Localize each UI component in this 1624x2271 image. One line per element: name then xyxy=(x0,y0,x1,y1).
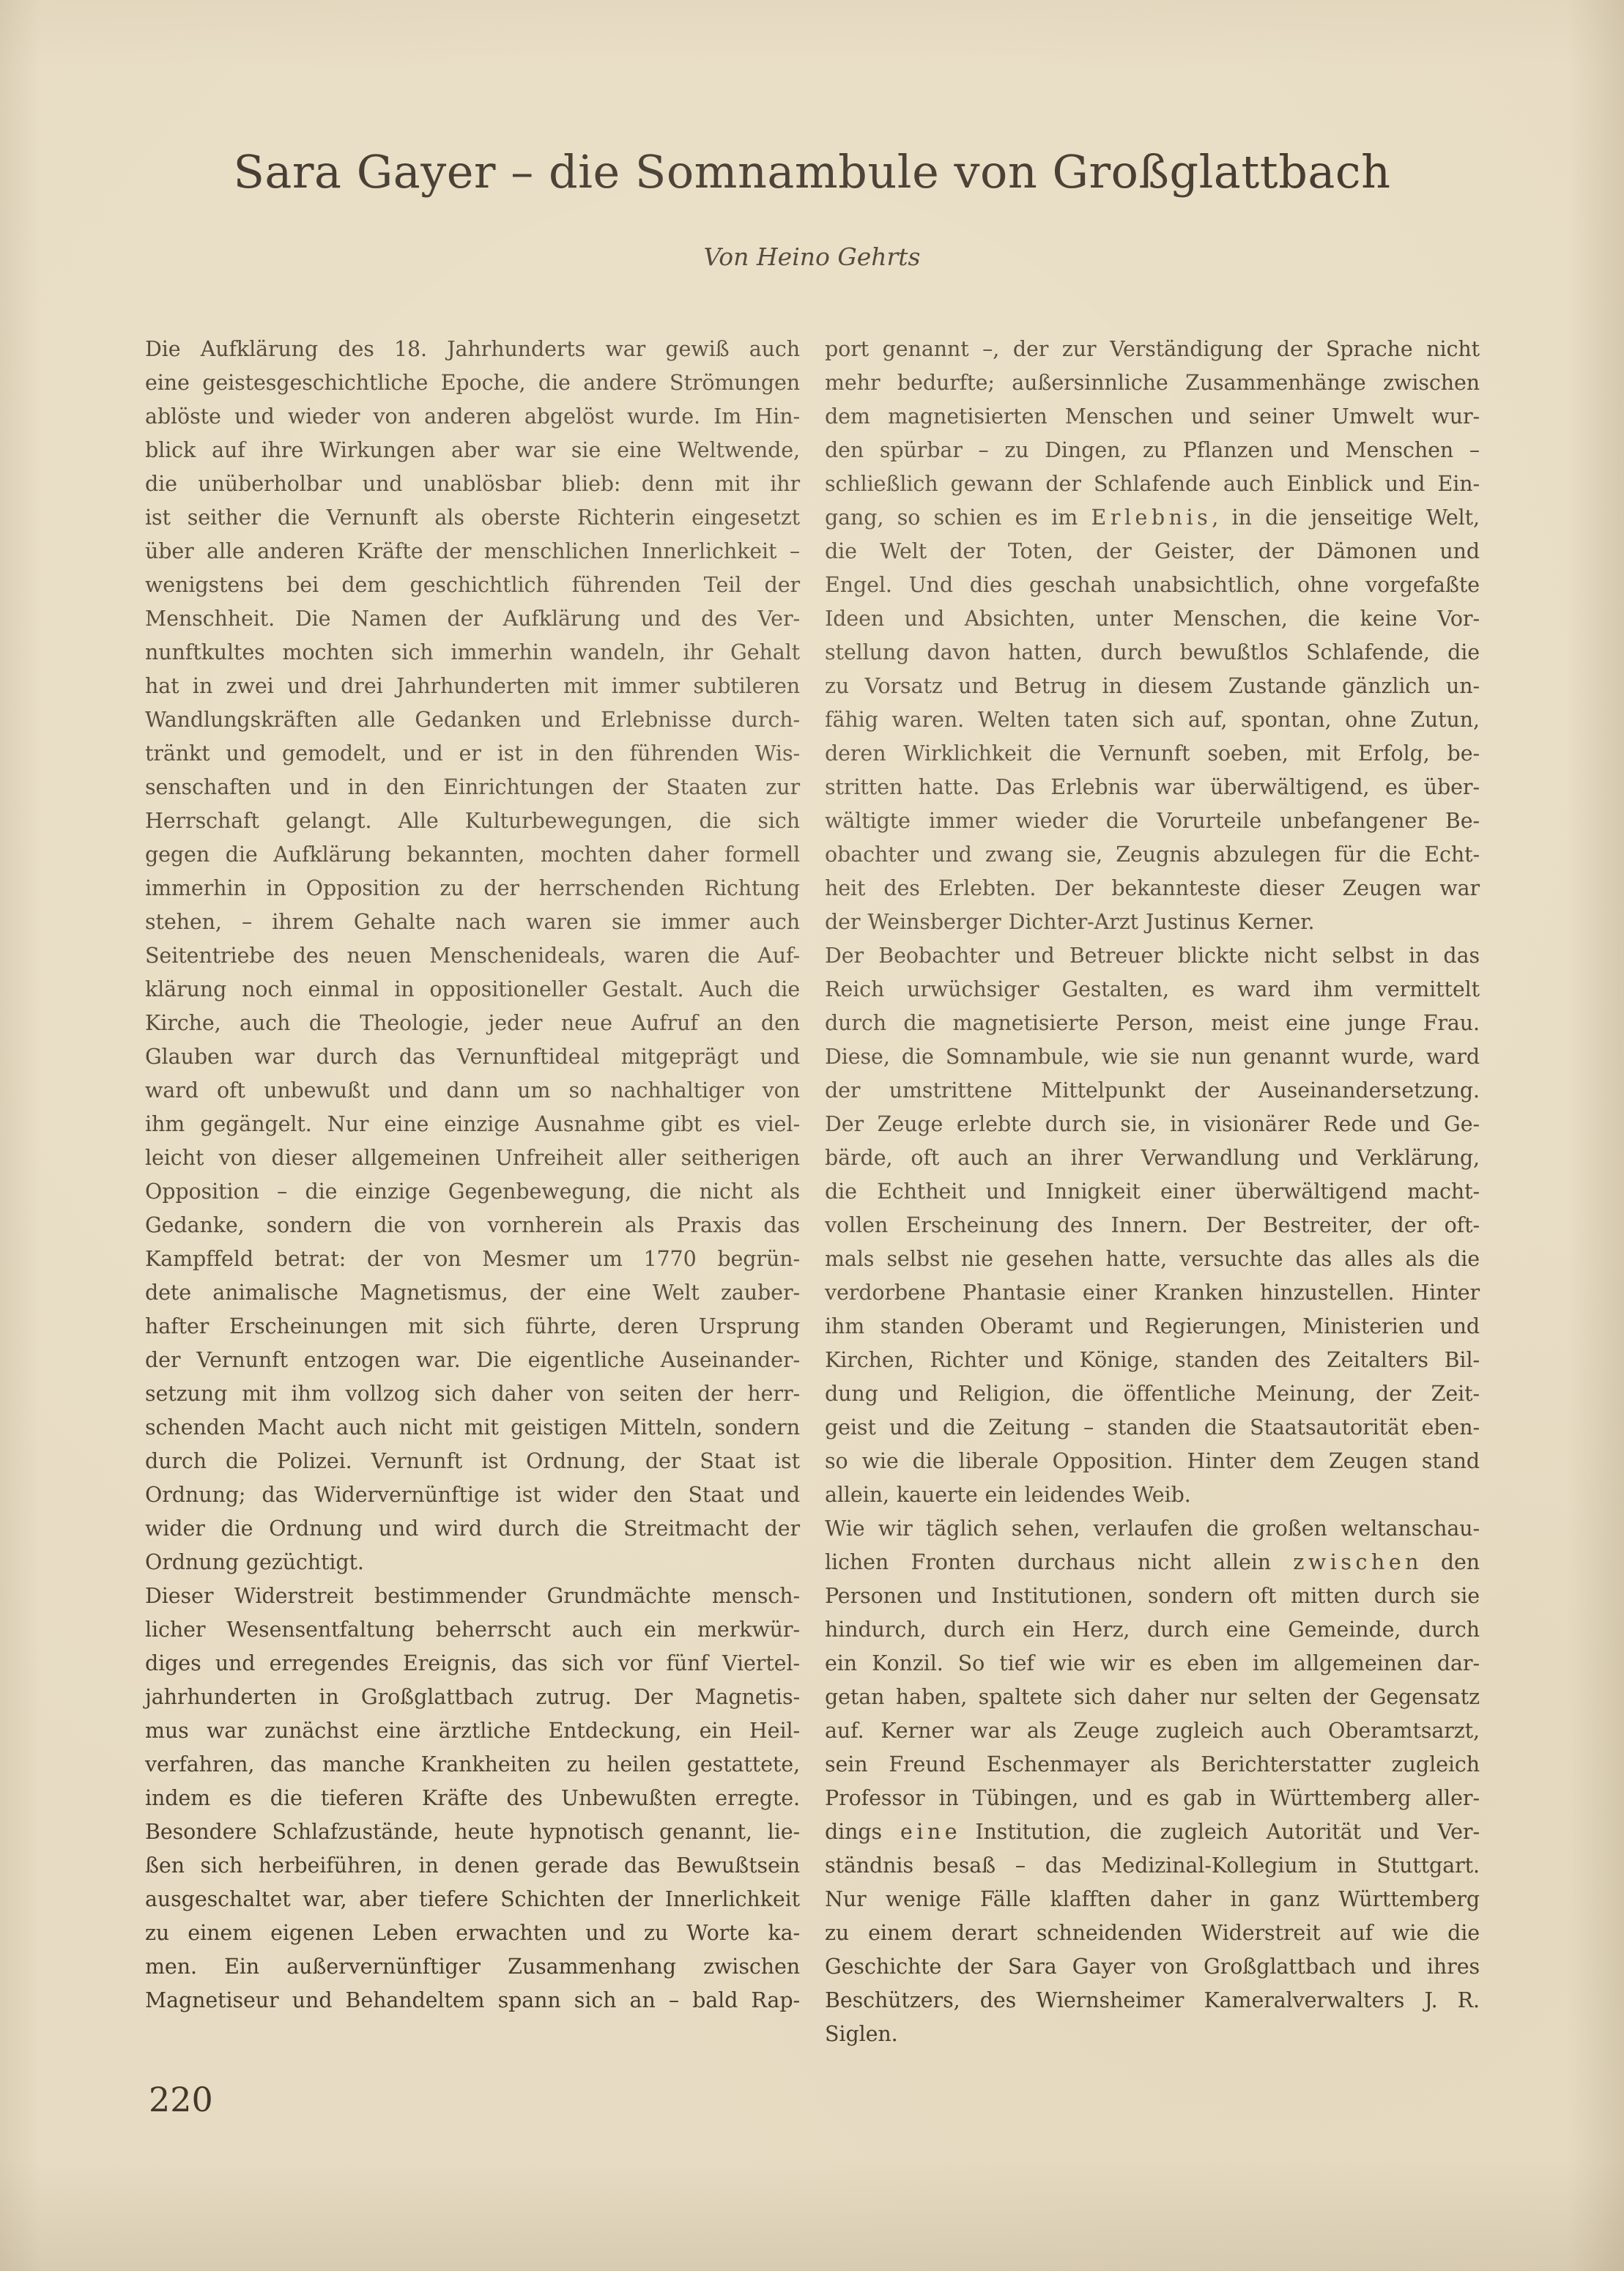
text-line: allein, kauerte ein leidendes Weib. xyxy=(825,1478,1480,1512)
page-title: Sara Gayer – die Somnambule von Großglat… xyxy=(0,0,1624,197)
text-line: Diese, die Somnambule, wie sie nun genan… xyxy=(825,1040,1480,1074)
text-line: hafter Erscheinungen mit sich führte, de… xyxy=(145,1310,800,1344)
text-line: dung und Religion, die öffentliche Meinu… xyxy=(825,1377,1480,1411)
text-line: Menschheit. Die Namen der Aufklärung und… xyxy=(145,602,800,636)
text-line: Glauben war durch das Vernunftideal mitg… xyxy=(145,1040,800,1074)
text-line: vollen Erscheinung des Innern. Der Bestr… xyxy=(825,1209,1480,1242)
text-line: der Weinsberger Dichter-Arzt Justinus Ke… xyxy=(825,905,1480,939)
text-line: Ordnung; das Widervernünftige ist wider … xyxy=(145,1478,800,1512)
text-line: sein Freund Eschenmayer als Berichtersta… xyxy=(825,1748,1480,1782)
text-line: klärung noch einmal in oppositioneller G… xyxy=(145,973,800,1007)
text-line: Reich urwüchsiger Gestalten, es ward ihm… xyxy=(825,973,1480,1007)
text-line: ihm gegängelt. Nur eine einzige Ausnahme… xyxy=(145,1108,800,1141)
text-line: Der Beobachter und Betreuer blickte nich… xyxy=(825,939,1480,973)
text-line: mals selbst nie gesehen hatte, versuchte… xyxy=(825,1242,1480,1276)
text-line: Ideen und Absichten, unter Menschen, die… xyxy=(825,602,1480,636)
text-line: Kirchen, Richter und Könige, standen des… xyxy=(825,1344,1480,1377)
text-line: der Vernunft entzogen war. Die eigentlic… xyxy=(145,1344,800,1377)
text-line: wider die Ordnung und wird durch die Str… xyxy=(145,1512,800,1546)
text-line: die Welt der Toten, der Geister, der Däm… xyxy=(825,535,1480,568)
text-line: zu einem derart schneidenden Widerstreit… xyxy=(825,1916,1480,1950)
text-line: Siglen. xyxy=(825,2018,1480,2051)
text-line: Wie wir täglich sehen, verlaufen die gro… xyxy=(825,1512,1480,1546)
text-line: verfahren, das manche Krankheiten zu hei… xyxy=(145,1748,800,1782)
article-byline: Von Heino Gehrts xyxy=(0,242,1624,271)
text-line: gang, so schien es im E r l e b n i s , … xyxy=(825,501,1480,535)
text-line: Ordnung gezüchtigt. xyxy=(145,1546,800,1579)
text-line: Magnetiseur und Behandeltem spann sich a… xyxy=(145,1984,800,2018)
text-line: setzung mit ihm vollzog sich daher von s… xyxy=(145,1377,800,1411)
text-line: ward oft unbewußt und dann um so nachhal… xyxy=(145,1074,800,1108)
text-line: gegen die Aufklärung bekannten, mochten … xyxy=(145,838,800,872)
text-line: Nur wenige Fälle klafften daher in ganz … xyxy=(825,1883,1480,1916)
text-line: heit des Erlebten. Der bekannteste diese… xyxy=(825,872,1480,905)
page-number: 220 xyxy=(149,2083,213,2116)
text-line: Besondere Schlafzustände, heute hypnotis… xyxy=(145,1815,800,1849)
text-line: tränkt und gemodelt, und er ist in den f… xyxy=(145,737,800,771)
text-line: stellung davon hatten, durch bewußtlos S… xyxy=(825,636,1480,670)
text-line: durch die magnetisierte Person, meist ei… xyxy=(825,1007,1480,1040)
text-line: wenigstens bei dem geschichtlich führend… xyxy=(145,568,800,602)
text-line: ist seither die Vernunft als oberste Ric… xyxy=(145,501,800,535)
text-line: Geschichte der Sara Gayer von Großglattb… xyxy=(825,1950,1480,1984)
text-line: Der Zeuge erlebte durch sie, in visionär… xyxy=(825,1108,1480,1141)
text-line: hindurch, durch ein Herz, durch eine Gem… xyxy=(825,1613,1480,1647)
text-line: jahrhunderten in Großglattbach zutrug. D… xyxy=(145,1681,800,1714)
text-line: senschaften und in den Einrichtungen der… xyxy=(145,771,800,804)
text-line: eine geistesgeschichtliche Epoche, die a… xyxy=(145,366,800,400)
text-line: indem es die tieferen Kräfte des Unbewuß… xyxy=(145,1782,800,1815)
text-line: hat in zwei und drei Jahrhunderten mit i… xyxy=(145,670,800,703)
text-columns: Die Aufklärung des 18. Jahrhunderts war … xyxy=(145,333,1480,2051)
text-line: diges und erregendes Ereignis, das sich … xyxy=(145,1647,800,1681)
text-line: dings e i n e Institution, die zugleich … xyxy=(825,1815,1480,1849)
right-column: port genannt –, der zur Verständigung de… xyxy=(825,333,1480,2051)
text-line: ein Konzil. So tief wie wir es eben im a… xyxy=(825,1647,1480,1681)
text-line: Beschützers, des Wiernsheimer Kameralver… xyxy=(825,1984,1480,2018)
text-line: ihm standen Oberamt und Regierungen, Min… xyxy=(825,1310,1480,1344)
text-line: port genannt –, der zur Verständigung de… xyxy=(825,333,1480,366)
text-line: deren Wirklichkeit die Vernunft soeben, … xyxy=(825,737,1480,771)
text-line: die Echtheit und Innigkeit einer überwäl… xyxy=(825,1175,1480,1209)
text-line: nunftkultes mochten sich immerhin wandel… xyxy=(145,636,800,670)
text-line: zu Vorsatz und Betrug in diesem Zustande… xyxy=(825,670,1480,703)
text-line: Opposition – die einzige Gegenbewegung, … xyxy=(145,1175,800,1209)
text-line: bärde, oft auch an ihrer Verwandlung und… xyxy=(825,1141,1480,1175)
text-line: lichen Fronten durchaus nicht allein z w… xyxy=(825,1546,1480,1579)
text-line: Professor in Tübingen, und es gab in Wür… xyxy=(825,1782,1480,1815)
text-line: leicht von dieser allgemeinen Unfreiheit… xyxy=(145,1141,800,1175)
text-line: zu einem eigenen Leben erwachten und zu … xyxy=(145,1916,800,1950)
text-line: die unüberholbar und unablösbar blieb: d… xyxy=(145,467,800,501)
text-line: Kirche, auch die Theologie, jeder neue A… xyxy=(145,1007,800,1040)
text-line: stritten hatte. Das Erlebnis war überwäl… xyxy=(825,771,1480,804)
text-line: Die Aufklärung des 18. Jahrhunderts war … xyxy=(145,333,800,366)
text-line: mus war zunächst eine ärztliche Entdecku… xyxy=(145,1714,800,1748)
text-line: durch die Polizei. Vernunft ist Ordnung,… xyxy=(145,1445,800,1478)
text-line: der umstrittene Mittelpunkt der Auseinan… xyxy=(825,1074,1480,1108)
text-line: den spürbar – zu Dingen, zu Pflanzen und… xyxy=(825,434,1480,467)
text-line: Wandlungskräften alle Gedanken und Erleb… xyxy=(145,703,800,737)
text-line: ßen sich herbeiführen, in denen gerade d… xyxy=(145,1849,800,1883)
text-line: mehr bedurfte; außersinnliche Zusammenhä… xyxy=(825,366,1480,400)
text-line: Engel. Und dies geschah unabsichtlich, o… xyxy=(825,568,1480,602)
text-line: schenden Macht auch nicht mit geistigen … xyxy=(145,1411,800,1445)
text-line: schließlich gewann der Schlafende auch E… xyxy=(825,467,1480,501)
text-line: stehen, – ihrem Gehalte nach waren sie i… xyxy=(145,905,800,939)
text-line: auf. Kerner war als Zeuge zugleich auch … xyxy=(825,1714,1480,1748)
text-line: ablöste und wieder von anderen abgelöst … xyxy=(145,400,800,434)
text-line: Seitentriebe des neuen Menschenideals, w… xyxy=(145,939,800,973)
text-line: Personen und Institutionen, sondern oft … xyxy=(825,1579,1480,1613)
text-line: dem magnetisierten Menschen und seiner U… xyxy=(825,400,1480,434)
text-line: Dieser Widerstreit bestimmender Grundmäc… xyxy=(145,1579,800,1613)
text-line: men. Ein außervernünftiger Zusammenhang … xyxy=(145,1950,800,1984)
left-column: Die Aufklärung des 18. Jahrhunderts war … xyxy=(145,333,800,2051)
text-line: Gedanke, sondern die von vornherein als … xyxy=(145,1209,800,1242)
text-line: so wie die liberale Opposition. Hinter d… xyxy=(825,1445,1480,1478)
text-line: obachter und zwang sie, Zeugnis abzulege… xyxy=(825,838,1480,872)
text-line: blick auf ihre Wirkungen aber war sie ei… xyxy=(145,434,800,467)
text-line: verdorbene Phantasie einer Kranken hinzu… xyxy=(825,1276,1480,1310)
text-line: geist und die Zeitung – standen die Staa… xyxy=(825,1411,1480,1445)
text-line: immerhin in Opposition zu der herrschend… xyxy=(145,872,800,905)
text-line: ausgeschaltet war, aber tiefere Schichte… xyxy=(145,1883,800,1916)
text-line: ständnis besaß – das Medizinal-Kollegium… xyxy=(825,1849,1480,1883)
text-line: dete animalische Magnetismus, der eine W… xyxy=(145,1276,800,1310)
text-line: licher Wesensentfaltung beherrscht auch … xyxy=(145,1613,800,1647)
scanned-page: Sara Gayer – die Somnambule von Großglat… xyxy=(0,0,1624,2271)
text-line: über alle anderen Kräfte der menschliche… xyxy=(145,535,800,568)
text-line: Kampffeld betrat: der von Mesmer um 1770… xyxy=(145,1242,800,1276)
text-line: getan haben, spaltete sich daher nur sel… xyxy=(825,1681,1480,1714)
text-line: wältigte immer wieder die Vorurteile unb… xyxy=(825,804,1480,838)
text-line: Herrschaft gelangt. Alle Kulturbewegunge… xyxy=(145,804,800,838)
text-line: fähig waren. Welten taten sich auf, spon… xyxy=(825,703,1480,737)
